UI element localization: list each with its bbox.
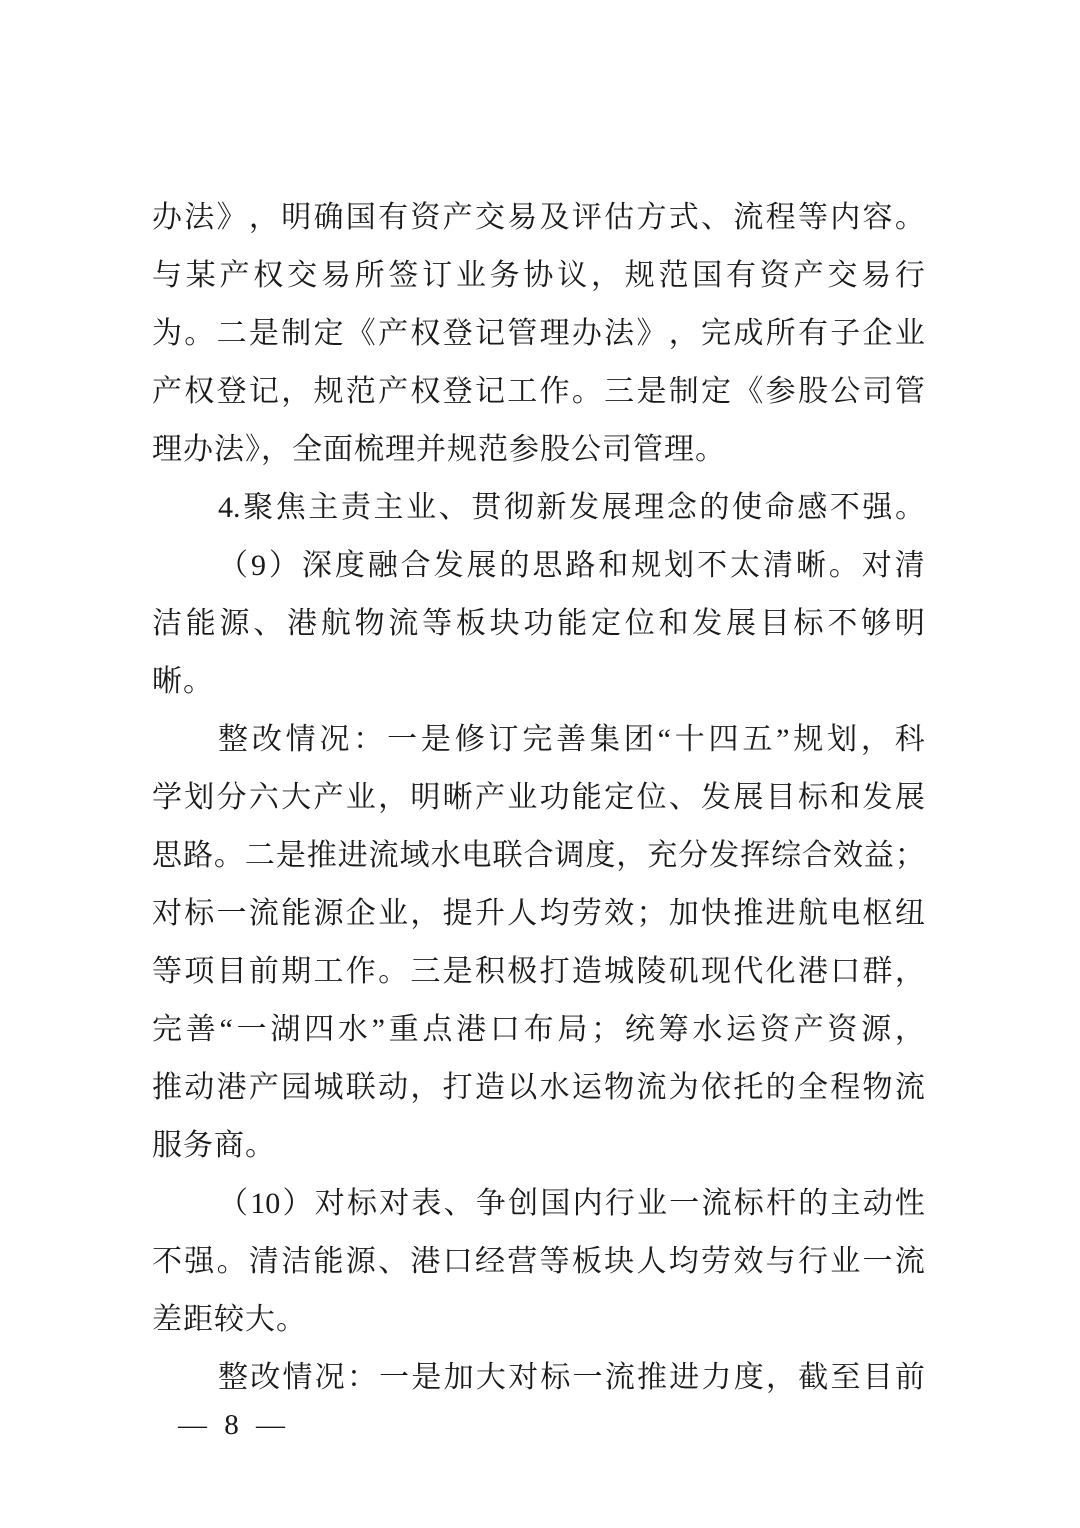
character: 综 <box>771 827 801 885</box>
character: 善 <box>556 711 586 769</box>
character: 物 <box>604 1059 634 1117</box>
character: 定 <box>701 363 731 421</box>
text-line: 整改情况：一是修订完善集团“十四五”规划，科 <box>152 711 925 769</box>
character: 整 <box>218 1349 248 1407</box>
character: 以 <box>507 1059 537 1117</box>
character: 完 <box>522 711 552 769</box>
character: 产 <box>249 1059 279 1117</box>
character: 推 <box>637 1349 667 1407</box>
character: 标 <box>184 885 214 943</box>
character: 发 <box>434 537 464 595</box>
character: ， <box>766 1349 796 1407</box>
character: 协 <box>523 247 553 305</box>
character: 港 <box>287 595 317 653</box>
character: 不 <box>152 1233 182 1291</box>
character: 洁 <box>152 595 182 653</box>
character: 截 <box>798 1349 828 1407</box>
text-line: （10）对标对表、争创国内行业一流标杆的主动性 <box>152 1175 925 1233</box>
character: 焦 <box>276 479 306 537</box>
character: 目 <box>217 943 247 1001</box>
character: 动 <box>863 1175 893 1233</box>
character: 展 <box>467 537 497 595</box>
character: 电 <box>462 827 492 885</box>
character: 联 <box>346 1059 376 1117</box>
character: 况 <box>315 1349 345 1407</box>
character: 对 <box>152 885 182 943</box>
character: ） <box>282 1175 312 1233</box>
character: 方 <box>636 189 666 247</box>
character: 清 <box>895 537 925 595</box>
character: 是 <box>249 305 279 363</box>
character: 位 <box>636 769 666 827</box>
character: 代 <box>733 943 763 1001</box>
character: 清 <box>763 537 793 595</box>
character: 交 <box>475 189 505 247</box>
character: 子 <box>830 305 860 363</box>
character: 划 <box>184 769 214 827</box>
character: 动 <box>184 1059 214 1117</box>
character: 加 <box>444 1349 474 1407</box>
character: 行 <box>895 247 925 305</box>
character: 流 <box>605 1349 635 1407</box>
character: 运 <box>572 1059 602 1117</box>
character: 口 <box>830 943 860 1001</box>
character: 范 <box>658 247 688 305</box>
character: 至 <box>830 1349 860 1407</box>
character: 业 <box>895 305 925 363</box>
text-line: 学划分六大产业，明晰产业功能定位、发展目标和发展 <box>152 769 925 827</box>
character: 目 <box>766 769 796 827</box>
character: 产 <box>794 247 824 305</box>
character: 新 <box>536 479 566 537</box>
character: 水 <box>431 827 461 885</box>
character: 流 <box>388 595 418 653</box>
character: 清 <box>249 1233 279 1291</box>
character: 人 <box>636 1233 666 1291</box>
character: 改 <box>250 1349 280 1407</box>
character: 业 <box>378 885 408 943</box>
character: 务 <box>490 247 520 305</box>
character: 行 <box>605 1175 635 1233</box>
character: 展 <box>733 769 763 827</box>
character: 筹 <box>659 1001 689 1059</box>
character: 块 <box>490 595 520 653</box>
character: 4. <box>218 479 241 537</box>
character: 产 <box>313 769 343 827</box>
character: 合 <box>802 827 832 885</box>
character: 能 <box>313 1233 343 1291</box>
character: 估 <box>604 189 634 247</box>
character: 提 <box>443 885 473 943</box>
character: 路 <box>565 537 595 595</box>
character: 推 <box>307 827 337 885</box>
character: 发 <box>701 769 731 827</box>
character: ； <box>636 885 666 943</box>
character: 业 <box>507 769 537 827</box>
character: 、 <box>378 1233 408 1291</box>
character: 。 <box>184 305 214 363</box>
character: 期 <box>281 943 311 1001</box>
character: 。 <box>895 189 925 247</box>
character: 合 <box>523 827 553 885</box>
character: 创 <box>508 1175 538 1233</box>
character: 责 <box>341 479 371 537</box>
character: 性 <box>895 1175 925 1233</box>
character: 国 <box>692 247 722 305</box>
character: 强 <box>184 1233 214 1291</box>
character: 源 <box>220 595 250 653</box>
character: 。 <box>572 363 602 421</box>
character: 造 <box>475 1059 505 1117</box>
character: 。 <box>214 827 244 885</box>
character: 聚 <box>243 479 273 537</box>
character: 合 <box>401 537 431 595</box>
character: 园 <box>281 1059 311 1117</box>
character: 湖 <box>270 1001 300 1059</box>
character: 流 <box>895 1059 925 1117</box>
character: 托 <box>733 1059 763 1117</box>
character: 划 <box>664 537 694 595</box>
character: 主 <box>830 1175 860 1233</box>
character: 全 <box>798 1059 828 1117</box>
character: 流 <box>369 827 399 885</box>
character: 十 <box>675 711 705 769</box>
character: 强 <box>862 479 892 537</box>
character: 规 <box>313 363 343 421</box>
character: 修 <box>455 711 485 769</box>
character: 划 <box>827 711 857 769</box>
text-line: 推动港产园城联动，打造以水运物流为依托的全程物流 <box>152 1059 925 1117</box>
character: 易 <box>861 247 891 305</box>
character: 口 <box>490 1001 520 1059</box>
character: 造 <box>572 943 602 1001</box>
character: 是 <box>411 1349 441 1407</box>
character: 资 <box>827 1001 857 1059</box>
character: 某 <box>186 247 216 305</box>
text-line: 4.聚焦主责主业、贯彻新发展理念的使命感不强。 <box>152 479 925 537</box>
character: 和 <box>830 769 860 827</box>
page-number: — 8 — <box>178 1409 290 1442</box>
character: ， <box>410 885 440 943</box>
text-line: 对标一流能源企业，提升人均劳效；加快推进航电枢纽 <box>152 885 925 943</box>
character: 不 <box>830 479 860 537</box>
character: 板 <box>456 595 486 653</box>
character: 动 <box>378 1059 408 1117</box>
character: 加 <box>669 885 699 943</box>
character: 太 <box>730 537 760 595</box>
character: 彻 <box>504 479 534 537</box>
character: 经 <box>475 1233 505 1291</box>
character: 等 <box>422 595 452 653</box>
character: 有 <box>378 189 408 247</box>
character: 对 <box>508 1349 538 1407</box>
character: 点 <box>422 1001 452 1059</box>
character: 一 <box>237 1001 267 1059</box>
character: 业 <box>830 1233 860 1291</box>
character: 布 <box>524 1001 554 1059</box>
character: 思 <box>532 537 562 595</box>
character: 功 <box>523 595 553 653</box>
character: 发 <box>692 595 722 653</box>
character: 化 <box>766 943 796 1001</box>
character: 理 <box>634 479 664 537</box>
character: 使 <box>732 479 762 537</box>
character: 调 <box>554 827 584 885</box>
character: 产 <box>378 305 408 363</box>
character: 资 <box>760 1001 790 1059</box>
character: 块 <box>604 1233 634 1291</box>
character: （ <box>218 537 248 595</box>
character: 四 <box>304 1001 334 1059</box>
character: 航 <box>321 595 351 653</box>
character: 挥 <box>740 827 770 885</box>
character: 完 <box>701 305 731 363</box>
character: 集 <box>590 711 620 769</box>
character: 充 <box>647 827 677 885</box>
character: 水 <box>338 1001 368 1059</box>
character: 板 <box>572 1233 602 1291</box>
document-body: 办法》，明确国有资产交易及评估方式、流程等内容。与某产权交易所签订业务协议，规范… <box>152 189 925 1407</box>
character: ： <box>347 1349 377 1407</box>
character: 源 <box>861 1001 891 1059</box>
character: 和 <box>598 537 628 595</box>
character: 杆 <box>766 1175 796 1233</box>
character: 参 <box>766 363 796 421</box>
character: 是 <box>443 943 473 1001</box>
character: 为 <box>152 305 182 363</box>
character: 港 <box>798 943 828 1001</box>
character: 登 <box>217 363 247 421</box>
character: 权 <box>410 305 440 363</box>
character: 群 <box>863 943 893 1001</box>
character: 等 <box>152 943 182 1001</box>
character: ， <box>861 711 891 769</box>
character: 电 <box>830 885 860 943</box>
character: 标 <box>798 769 828 827</box>
character: 作 <box>540 363 570 421</box>
character: 明 <box>281 189 311 247</box>
character: 的 <box>699 479 729 537</box>
character: 发 <box>569 479 599 537</box>
character: 一 <box>669 1175 699 1233</box>
text-line: 完善“一湖四水”重点港口布局；统筹水运资产资源， <box>152 1001 925 1059</box>
character: 发 <box>863 769 893 827</box>
character: 容 <box>863 189 893 247</box>
character: 业 <box>456 247 486 305</box>
character: ， <box>895 1001 925 1059</box>
character: 、 <box>669 769 699 827</box>
character: 明 <box>895 595 925 653</box>
character: 及 <box>540 189 570 247</box>
text-line: 等项目前期工作。三是积极打造城陵矶现代化港口群， <box>152 943 925 1001</box>
character: 是 <box>636 363 666 421</box>
character: ； <box>591 1001 621 1059</box>
character: 签 <box>388 247 418 305</box>
character: 法 <box>604 305 634 363</box>
character: 四 <box>709 711 739 769</box>
character: 度 <box>335 537 365 595</box>
character: 融 <box>368 537 398 595</box>
character: 程 <box>830 1059 860 1117</box>
character: 人 <box>507 885 537 943</box>
character: 科 <box>895 711 925 769</box>
character: 式 <box>669 189 699 247</box>
character: 域 <box>400 827 430 885</box>
text-line: 办法》，明确国有资产交易及评估方式、流程等内容。 <box>152 189 925 247</box>
character: 进 <box>669 1349 699 1407</box>
character: 业 <box>346 769 376 827</box>
text-line: 与某产权交易所签订业务协议，规范国有资产交易行 <box>152 247 925 305</box>
character: 展 <box>602 479 632 537</box>
character: 打 <box>443 1059 473 1117</box>
character: ， <box>249 189 279 247</box>
character: 管 <box>895 363 925 421</box>
character: ， <box>378 769 408 827</box>
character: 分 <box>217 769 247 827</box>
character: 产 <box>794 1001 824 1059</box>
character: 的 <box>766 1059 796 1117</box>
character: 程 <box>766 189 796 247</box>
text-line: 理办法》，全面梳理并规范参股公司管理。 <box>152 421 925 479</box>
character: 业 <box>637 1175 667 1233</box>
character: 能 <box>557 595 587 653</box>
character: 流 <box>733 189 763 247</box>
character: 位 <box>625 595 655 653</box>
character: 产 <box>378 363 408 421</box>
character: 效 <box>733 1233 763 1291</box>
character: 推 <box>733 885 763 943</box>
character: 统 <box>625 1001 655 1059</box>
character: 晰 <box>796 537 826 595</box>
character: “ <box>658 711 671 769</box>
text-line: 整改情况：一是加大对标一流推进力度，截至目前 <box>152 1349 925 1407</box>
character: 能 <box>186 595 216 653</box>
character: 企 <box>346 885 376 943</box>
character: 记 <box>249 363 279 421</box>
character: 明 <box>410 769 440 827</box>
character: 够 <box>861 595 891 653</box>
character: 国 <box>540 1175 570 1233</box>
character: 规 <box>793 711 823 769</box>
character: 前 <box>249 943 279 1001</box>
text-line: 产权登记，规范产权登记工作。三是制定《参股公司管 <box>152 363 925 421</box>
character: ” <box>372 1001 385 1059</box>
character: 完 <box>152 1001 182 1059</box>
character: 公 <box>830 363 860 421</box>
character: 权 <box>184 363 214 421</box>
character: 五 <box>742 711 772 769</box>
character: 等 <box>540 1233 570 1291</box>
character: 记 <box>475 363 505 421</box>
character: 标 <box>734 1175 764 1233</box>
character: 订 <box>489 711 519 769</box>
character: 成 <box>733 305 763 363</box>
character: 情 <box>286 711 316 769</box>
character: 记 <box>475 305 505 363</box>
character: 定 <box>313 305 343 363</box>
text-line: 服务商。 <box>152 1117 925 1175</box>
character: 工 <box>313 943 343 1001</box>
character: 登 <box>443 305 473 363</box>
character: 均 <box>540 885 570 943</box>
character: 、 <box>253 595 283 653</box>
character: 劳 <box>572 885 602 943</box>
character: 范 <box>346 363 376 421</box>
character: 源 <box>346 1233 376 1291</box>
character: 口 <box>443 1233 473 1291</box>
character: 大 <box>476 1349 506 1407</box>
character: 展 <box>895 769 925 827</box>
character: 感 <box>797 479 827 537</box>
character: 团 <box>624 711 654 769</box>
character: 效 <box>604 885 634 943</box>
character: “ <box>220 1001 233 1059</box>
character: 、 <box>439 479 469 537</box>
character: 效 <box>833 827 863 885</box>
character: 度 <box>585 827 615 885</box>
character: 分 <box>678 827 708 885</box>
character: 一 <box>573 1349 603 1407</box>
character: 规 <box>625 247 655 305</box>
character: 业 <box>406 479 436 537</box>
character: 权 <box>410 363 440 421</box>
character: 、 <box>444 1175 474 1233</box>
character: 能 <box>281 885 311 943</box>
document-page: 办法》，明确国有资产交易及评估方式、流程等内容。与某产权交易所签订业务协议，规范… <box>0 0 1080 1528</box>
character: 有 <box>726 247 756 305</box>
character: 订 <box>422 247 452 305</box>
character: 现 <box>701 943 731 1001</box>
character: 目 <box>760 595 790 653</box>
character: 功 <box>540 769 570 827</box>
character: 思 <box>152 827 182 885</box>
text-line: 不强。清洁能源、港口经营等板块人均劳效与行业一流 <box>152 1233 925 1291</box>
character: 前 <box>895 1349 925 1407</box>
text-line: 思路。二是推进流域水电联合调度，充分发挥综合效益； <box>152 827 925 885</box>
character: 。 <box>829 537 859 595</box>
character: ， <box>616 827 646 885</box>
character: 积 <box>475 943 505 1001</box>
character: 所 <box>355 247 385 305</box>
character: 10 <box>250 1175 280 1233</box>
character: 登 <box>443 363 473 421</box>
character: 规 <box>631 537 661 595</box>
character: 情 <box>282 1349 312 1407</box>
character: 争 <box>476 1175 506 1233</box>
character: 港 <box>410 1233 440 1291</box>
character: 劳 <box>701 1233 731 1291</box>
character: 《 <box>346 305 376 363</box>
text-line: 差距较大。 <box>152 1291 925 1349</box>
character: 推 <box>152 1059 182 1117</box>
character: 一 <box>387 711 417 769</box>
character: 的 <box>499 537 529 595</box>
character: 作 <box>346 943 376 1001</box>
character: ， <box>895 943 925 1001</box>
character: 能 <box>572 769 602 827</box>
character: 水 <box>692 1001 722 1059</box>
character: 念 <box>667 479 697 537</box>
character: 联 <box>492 827 522 885</box>
character: 产 <box>220 247 250 305</box>
character: 评 <box>572 189 602 247</box>
character: 制 <box>281 305 311 363</box>
character: 益 <box>864 827 894 885</box>
character: 三 <box>604 363 634 421</box>
character: 》 <box>217 189 247 247</box>
character: 工 <box>507 363 537 421</box>
character: 《 <box>733 363 763 421</box>
